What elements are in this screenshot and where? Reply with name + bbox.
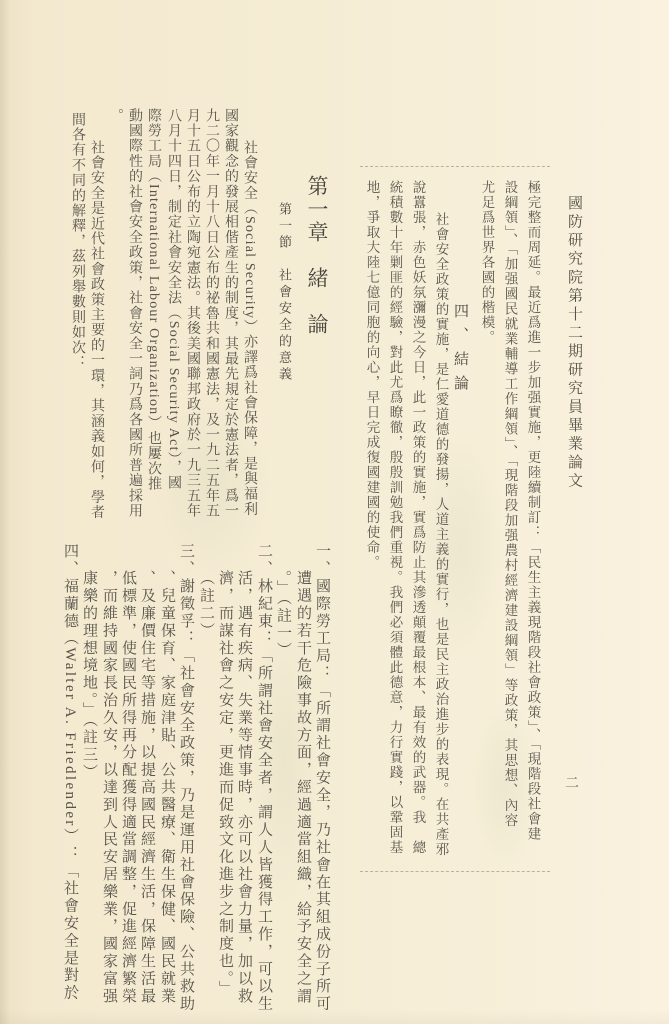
intro-column: 月十五日公布的立陶宛憲法。其後美國聯邦政府於一九三五年: [185, 108, 199, 518]
definition-column: 康樂的理想境地。」（註三）: [81, 570, 96, 781]
intro-column: 社會安全（Social Security）亦譯爲社會保障，是與福利: [242, 140, 256, 517]
definition-column: 活，遇有疾病、失業等情事時，亦可以社會力量，加以救: [236, 570, 251, 1005]
definition-column: （註二）: [198, 570, 213, 640]
margin-header: 國防研究院第十二期研究員畢業論文: [566, 195, 581, 491]
intro-column: 。: [108, 108, 122, 123]
definition-column: 低標準，使國民所得再分配獲得適當調整，促進經濟繁榮: [120, 570, 135, 1005]
page-number: 二: [563, 775, 577, 789]
conclusion-column: 地，爭取大陸七億同胞的向心，早日完成復國建國的使命。: [365, 180, 379, 570]
rule-top: [360, 166, 550, 167]
conclusion-heading: 四、結論: [452, 303, 467, 399]
definition-column: 四、福蘭德（Walter A. Friedlender）：「社會安全是對於: [62, 543, 77, 1002]
conclusion-column: 極完整而周延。最近爲進一步加强實施，更陸續制訂：「民生主義現階段社會政策」、「現…: [526, 180, 540, 842]
definition-column: 、及廉價住宅等措施，以提高國民經濟生活，保障生活最: [139, 570, 154, 1005]
intro-column: 社會安全是近代社會政策主要的一環，其涵義如何，學者: [89, 140, 103, 520]
paper-stain: [415, 430, 505, 660]
intro-column: 際勞工局（International Labour Organization）也…: [146, 108, 160, 491]
definition-column: 濟，而謀社會之安定，更進而促致文化進步之制度也。」: [217, 570, 232, 998]
definition-column: 一、國際勞工局：「所謂社會安全，乃社會在其組成份子所可: [314, 543, 329, 1013]
rule-bottom: [360, 871, 550, 872]
intro-column: 間各有不同的解釋，茲列舉數則如次：: [70, 112, 84, 370]
conclusion-column: 尤足爲世界各國的楷模。: [480, 180, 494, 345]
definition-column: ，而維持國家長治久安，以達到人民安居樂業，國家富强: [101, 570, 116, 1005]
intro-column: 八月十四日，制定社會安全法（Social Security Act），國: [166, 108, 180, 490]
intro-column: 國家觀念的發展相偕產生的制度，其最先規定於憲法者，爲一: [223, 108, 237, 518]
intro-column: 九二〇年一月十八日公布的祕魯共和國憲法，及一九二五年五: [204, 108, 218, 518]
section-title: 第一節 社會安全的意義: [278, 202, 291, 384]
definition-column: 三、謝徵孚：「社會安全政策，乃是運用社會保險、公共救助: [178, 543, 193, 1013]
conclusion-column: 社會安全政策的實施，是仁愛道德的發揚，人道主義的實行，也是民主政治進步的表現。在…: [434, 212, 448, 857]
intro-column: 動國際性的社會安全政策，社會安全一詞乃爲各國所普遍採用: [127, 108, 141, 518]
scanned-thesis-page: 國防研究院第十二期研究員畢業論文 二 極完整而周延。最近爲進一步加强實施，更陸續…: [0, 0, 669, 1024]
definition-column: 二、林紀東：「所謂社會安全者，謂人人皆獲得工作，可以生: [256, 543, 271, 1013]
definition-column: 。」（註一）: [275, 570, 290, 659]
definition-column: 遭遇的若干危險事故方面，經過適當組織，給予安全之謂: [295, 570, 310, 1005]
chapter-title: 第一章 緒 論: [306, 175, 327, 336]
definition-column: 、兒童保育、家庭津貼、公共醫療、衛生保健、國民就業: [159, 570, 174, 1005]
conclusion-column: 說囂張，赤色妖氛瀰漫之今日，此一政策的實施，實爲防止其滲透顛覆最根本、最有效的武…: [411, 180, 425, 855]
conclusion-column: 統積數十年剿匪的經驗，對此尤爲瞭徹，殷殷訓勉我們重視。我們必須體此德意，力行實踐…: [388, 180, 402, 855]
conclusion-column: 設綱領」、「加强國民就業輔導工作綱領」、「現階段加强農村經濟建設綱領」等政策，其…: [503, 180, 517, 828]
